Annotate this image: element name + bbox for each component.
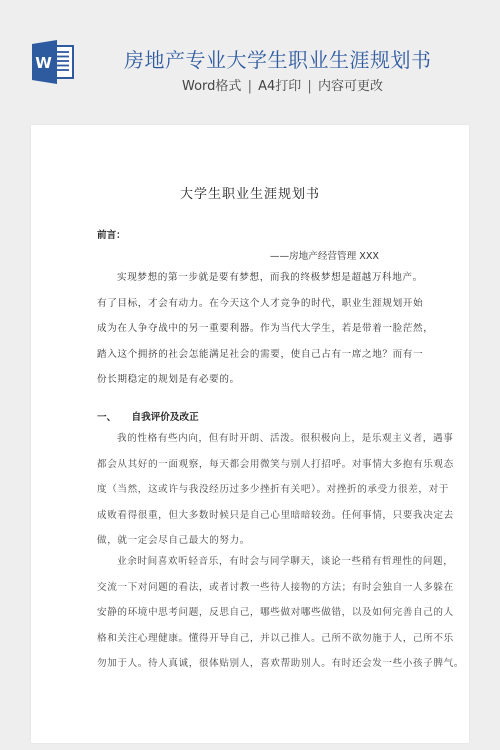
section-title: 自我评价及改正 — [132, 412, 199, 423]
text-line: 有了目标，才会有动力。在今天这个人才竞争的时代，职业生涯规划开始 — [97, 291, 405, 317]
text-line: 成败看得很重，但大多数时候只是自己心里暗暗较劲。任何事情，只要我决定去 — [97, 503, 405, 529]
text-line: 份长期稳定的规划是有必要的。 — [97, 367, 405, 393]
subtitle-separator: | — [305, 79, 313, 94]
text-line: 勿加于人。待人真诚，很体贴别人，喜欢帮助别人。有时还会发一些小孩子脾气。 — [97, 651, 405, 677]
text-line: 踏入这个拥挤的社会怎能满足社会的需要，使自己占有一席之地？而有一 — [97, 342, 405, 368]
svg-text:W: W — [35, 54, 52, 72]
document-title: 大学生职业生涯规划书 — [31, 183, 469, 202]
preface-signature: ——房地产经营管理 XXX — [270, 247, 379, 267]
page-title: 房地产专业大学生职业生涯规划书 — [124, 44, 424, 73]
text-line: 度（当然，这或许与我没经历过多少挫折有关吧）。对挫折的承受力很差，对于 — [97, 477, 405, 503]
subtitle-editable: 内容可更改 — [318, 79, 383, 94]
preface-label: 前言： — [97, 226, 126, 246]
text-line: 成为在人争夺战中的另一重要利器。作为当代大学生，若是带着一脸茫然， — [97, 316, 405, 342]
text-line: 安静的环境中思考问题，反思自己，哪些做对哪些做错，以及如何完善自己的人 — [97, 600, 405, 626]
text-line: 业余时间喜欢听轻音乐，有时会与同学聊天，谈论一些稍有哲理性的问题， — [97, 549, 405, 575]
subtitle-separator: | — [246, 79, 254, 94]
text-line: 交流一下对问题的看法，或者讨教一些待人接物的方法；有时会独自一人多躲在 — [97, 575, 405, 601]
section-heading: 一、 自我评价及改正 — [97, 408, 199, 428]
document-page: 大学生职业生涯规划书 前言： ——房地产经营管理 XXX 实现梦想的第一步就是要… — [31, 125, 469, 743]
page-header: W 房地产专业大学生职业生涯规划书 Word格式 | A4打印 | 内容可更改 — [0, 0, 500, 120]
subtitle-print: A4打印 — [258, 79, 301, 94]
section-paragraph-2: 业余时间喜欢听轻音乐，有时会与同学聊天，谈论一些稍有哲理性的问题， 交流一下对问… — [97, 549, 405, 677]
preface-paragraph: 实现梦想的第一步就是要有梦想，而我的终极梦想是超越万科地产。 有了目标，才会有动… — [97, 265, 405, 393]
text-line: 实现梦想的第一步就是要有梦想，而我的终极梦想是超越万科地产。 — [97, 265, 405, 291]
text-line: 格和关注心理健康。懂得开导自己，并以己推人。己所不欲勿施于人，己所不乐 — [97, 626, 405, 652]
text-line: 都会从其好的一面观察，每天都会用微笑与别人打招呼。对事情大多抱有乐观态 — [97, 452, 405, 478]
page-subtitle: Word格式 | A4打印 | 内容可更改 — [182, 75, 383, 94]
section-paragraph-1: 我的性格有些内向，但有时开朗、活泼。很积极向上，是乐观主义者，遇事 都会从其好的… — [97, 426, 405, 554]
word-icon: W — [31, 40, 76, 84]
text-line: 我的性格有些内向，但有时开朗、活泼。很积极向上，是乐观主义者，遇事 — [97, 426, 405, 452]
subtitle-format: Word格式 — [182, 79, 241, 94]
section-number: 一、 — [97, 412, 128, 423]
